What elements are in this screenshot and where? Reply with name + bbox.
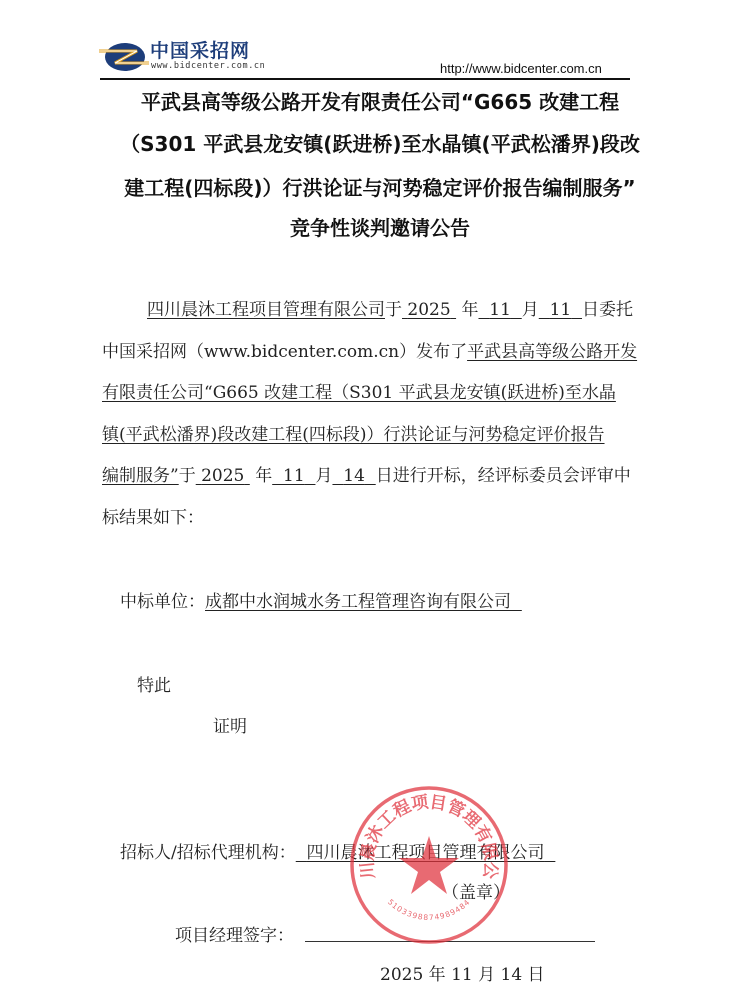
document-date: 2025 年 11 月 14 日: [380, 965, 545, 985]
project-name-part-4: 编制服务”: [102, 466, 179, 486]
open-month: 11: [272, 466, 315, 486]
logo-name: 中国采招网: [150, 36, 250, 63]
body-line-1: 四川晨沐工程项目管理有限公司于 2025 年 11 月 11 日委托: [147, 300, 633, 320]
closing-line-2: 证明: [213, 717, 247, 737]
entrust-year: 2025: [402, 300, 456, 320]
body-line-5: 编制服务”于 2025 年 11 月 14 日进行开标，经评标委员会评审中: [102, 466, 631, 486]
bidcenter-logo-icon: [97, 36, 153, 76]
agent-name: 四川晨沐工程项目管理有限公司: [147, 300, 385, 320]
body-line-3: 有限责任公司“G665 改建工程（S301 平武县龙安镇(跃进桥)至水晶: [102, 383, 616, 403]
entrust-month: 11: [478, 300, 521, 320]
agent-signature-row: 招标人/招标代理机构： 四川晨沐工程项目管理有限公司: [120, 843, 555, 863]
pm-signature-label: 项目经理签字：: [175, 926, 294, 946]
closing-line-1: 特此: [137, 676, 171, 696]
title-line-2: （S301 平武县龙安镇(跃进桥)至水晶镇(平武松潘界)段改: [95, 134, 665, 154]
header-divider: [100, 78, 630, 80]
agent-label: 招标人/招标代理机构：: [120, 843, 296, 863]
svg-text:四川晨沐工程项目管理有限公司: 四川晨沐工程项目管理有限公司: [348, 784, 500, 880]
project-name-part-2: 有限责任公司“G665 改建工程（S301 平武县龙安镇(跃进桥)至水晶: [102, 383, 616, 403]
body-line-6: 标结果如下：: [102, 508, 204, 528]
winner-value: 成都中水润城水务工程管理咨询有限公司: [205, 592, 522, 612]
open-day: 14: [332, 466, 375, 486]
pm-signature-line: [305, 941, 595, 942]
company-seal-icon: 四川晨沐工程项目管理有限公司 5103398874989484: [348, 784, 510, 946]
company-seal: 四川晨沐工程项目管理有限公司 5103398874989484: [348, 784, 510, 946]
title-line-4: 竞争性谈判邀请公告: [95, 218, 665, 238]
winner-label: 中标单位：: [120, 592, 205, 612]
seal-label: （盖章）: [442, 883, 510, 903]
body-line-2: 中国采招网（www.bidcenter.com.cn）发布了平武县高等级公路开发: [102, 342, 637, 362]
site-url-link[interactable]: http://www.bidcenter.com.cn: [440, 61, 602, 76]
publisher-text: 中国采招网（www.bidcenter.com.cn）发布了: [102, 342, 467, 362]
agent-value: 四川晨沐工程项目管理有限公司: [296, 843, 556, 863]
logo-url: www.bidcenter.com.cn: [151, 61, 265, 71]
project-name-part-3: 镇(平武松潘界)段改建工程(四标段)）行洪论证与河势稳定评价报告: [102, 425, 605, 445]
project-name-part-1: 平武县高等级公路开发: [467, 342, 637, 362]
open-year: 2025: [196, 466, 250, 486]
winner-row: 中标单位：成都中水润城水务工程管理咨询有限公司: [120, 592, 522, 612]
title-line-1: 平武县高等级公路开发有限责任公司“G665 改建工程: [95, 92, 665, 112]
title-line-3: 建工程(四标段)）行洪论证与河势稳定评价报告编制服务”: [95, 178, 665, 198]
entrust-day: 11: [539, 300, 582, 320]
body-line-4: 镇(平武松潘界)段改建工程(四标段)）行洪论证与河势稳定评价报告: [102, 425, 605, 445]
